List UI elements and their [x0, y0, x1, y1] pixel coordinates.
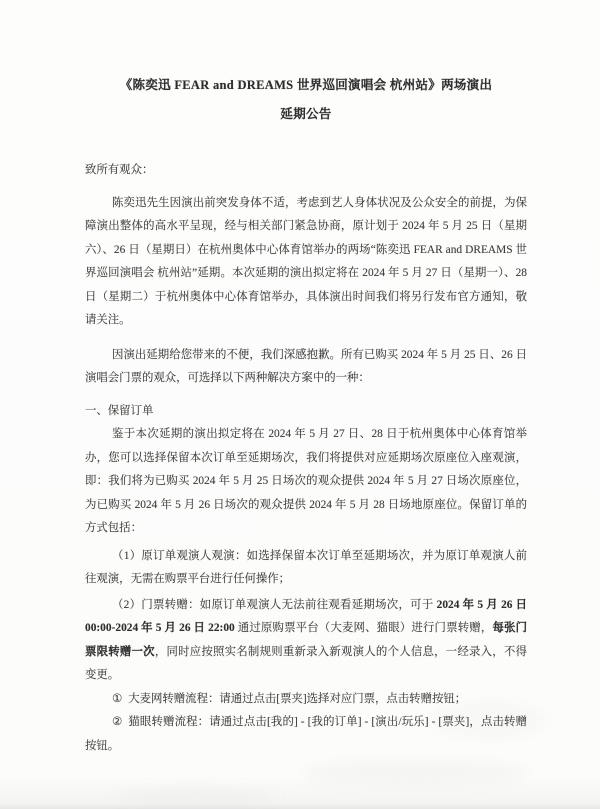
paragraph-option2-ticket-transfer: （2）门票转赠：如原订单观演人无法前往观看延期场次，可于 2024 年 5 月 … [85, 594, 527, 688]
transfer-text-platforms: 通过原购票平台（大麦网、猫眼）进行门票转赠， [235, 622, 493, 634]
step-damai-transfer-flow: ①大麦网转赠流程：请通过点击[票夹]选择对应门票，点击转赠按钮； [85, 688, 527, 712]
step-damai-text: 大麦网转赠流程：请通过点击[票夹]选择对应门票，点击转赠按钮； [128, 693, 466, 705]
paragraph-option1-original-viewer: （1）原订单观演人观演：如选择保留本次订单至延期场次，并为原订单观演人前往观演，… [85, 545, 527, 592]
step-maoyan-text: 猫眼转赠流程：请通过点击[我的] - [我的订单] - [演出/玩乐] - [票… [85, 716, 527, 752]
scan-smudge [300, 762, 530, 784]
document-page: 《陈奕迅 FEAR and DREAMS 世界巡回演唱会 杭州站》两场演出 延期… [0, 0, 600, 809]
salutation: 致所有观众： [85, 159, 527, 183]
section1-heading-retain-order: 一、保留订单 [85, 400, 527, 424]
transfer-text-lead: （2）门票转赠：如原订单观演人无法前往观看延期场次，可于 [112, 599, 437, 611]
document-body: 《陈奕迅 FEAR and DREAMS 世界巡回演唱会 杭州站》两场演出 延期… [85, 0, 527, 758]
step-maoyan-transfer-flow: ②猫眼转赠流程：请通过点击[我的] - [我的订单] - [演出/玩乐] - [… [85, 711, 527, 758]
document-title-line2: 延期公告 [85, 100, 527, 129]
document-title-line1: 《陈奕迅 FEAR and DREAMS 世界巡回演唱会 杭州站》两场演出 [85, 71, 527, 100]
paragraph-postponement-notice: 陈奕迅先生因演出前突发身体不适，考虑到艺人身体状况及公众安全的前提，为保障演出整… [85, 192, 527, 333]
document-title: 《陈奕迅 FEAR and DREAMS 世界巡回演唱会 杭州站》两场演出 延期… [85, 71, 527, 129]
scan-smudge [110, 788, 280, 802]
paragraph-retain-order-detail: 鉴于本次延期的演出拟定将在 2024 年 5 月 27 日、28 日于杭州奥体中… [85, 423, 527, 541]
circled-number-1: ① [112, 693, 122, 705]
paragraph-apology-options: 因演出延期给您带来的不便，我们深感抱歉。所有已购买 2024 年 5 月 25 … [85, 344, 527, 391]
circled-number-2: ② [112, 716, 122, 728]
